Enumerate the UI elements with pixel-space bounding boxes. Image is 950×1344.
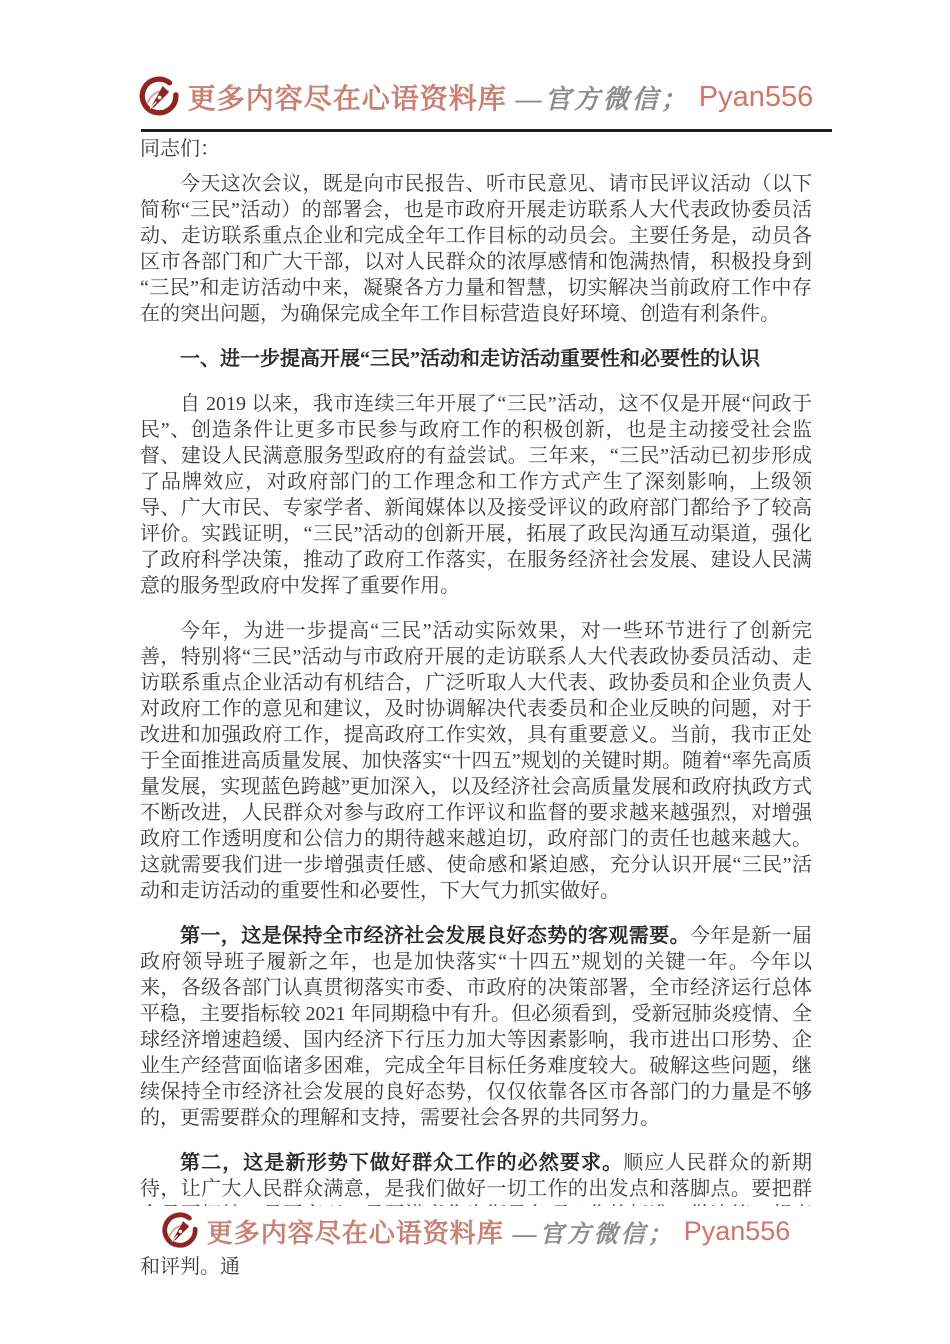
- document-page: 更多内容尽在心语资料库—官方微信；Pyan556 同志们： 今天这次会议，既是向…: [0, 0, 950, 1344]
- header-banner: 更多内容尽在心语资料库—官方微信；Pyan556: [0, 0, 950, 118]
- brand-wechat-label: —官方微信；: [513, 1214, 675, 1249]
- paragraph: 今天这次会议，既是向市民报告、听市民意见、请市民评议活动（以下简称“三民”活动）…: [140, 171, 812, 327]
- document-body: 同志们： 今天这次会议，既是向市民报告、听市民意见、请市民评议活动（以下简称“三…: [140, 136, 812, 1280]
- brand-text: 更多内容尽在心语资料库: [188, 77, 507, 117]
- header-divider-rule: [141, 129, 832, 132]
- paragraph: 自 2019 以来，我市连续三年开展了“三民”活动，这不仅是开展“问政于民”、创…: [140, 391, 812, 599]
- paragraph-lead: 第二，这是新形势下做好群众工作的必然要求。: [180, 1152, 623, 1174]
- document-blocks: 今天这次会议，既是向市民报告、听市民意见、请市民评议活动（以下简称“三民”活动）…: [140, 171, 812, 1280]
- paragraph: 第一，这是保持全市经济社会发展良好态势的客观需要。今年是新一届政府领导班子履新之…: [140, 923, 812, 1131]
- pen-nib-swirl-logo-icon: [137, 76, 179, 118]
- paragraph-lead: 第一，这是保持全市经济社会发展良好态势的客观需要。: [180, 925, 690, 947]
- paragraph: 今年，为进一步提高“三民”活动实际效果，对一些环节进行了创新完善，特别将“三民”…: [140, 618, 812, 904]
- pen-nib-swirl-logo-icon: [160, 1212, 198, 1250]
- salutation: 同志们：: [140, 136, 812, 162]
- brand-text: 更多内容尽在心语资料库: [207, 1213, 504, 1250]
- section-heading: 一、进一步提高开展“三民”活动和走访活动重要性和必要性的认识: [140, 346, 812, 372]
- brand-wechat-label: —官方微信；: [516, 79, 690, 116]
- brand-wechat-id: Pyan556: [699, 81, 814, 114]
- brand-wechat-id: Pyan556: [684, 1216, 791, 1247]
- footer-banner: 更多内容尽在心语资料库—官方微信；Pyan556: [0, 1206, 950, 1256]
